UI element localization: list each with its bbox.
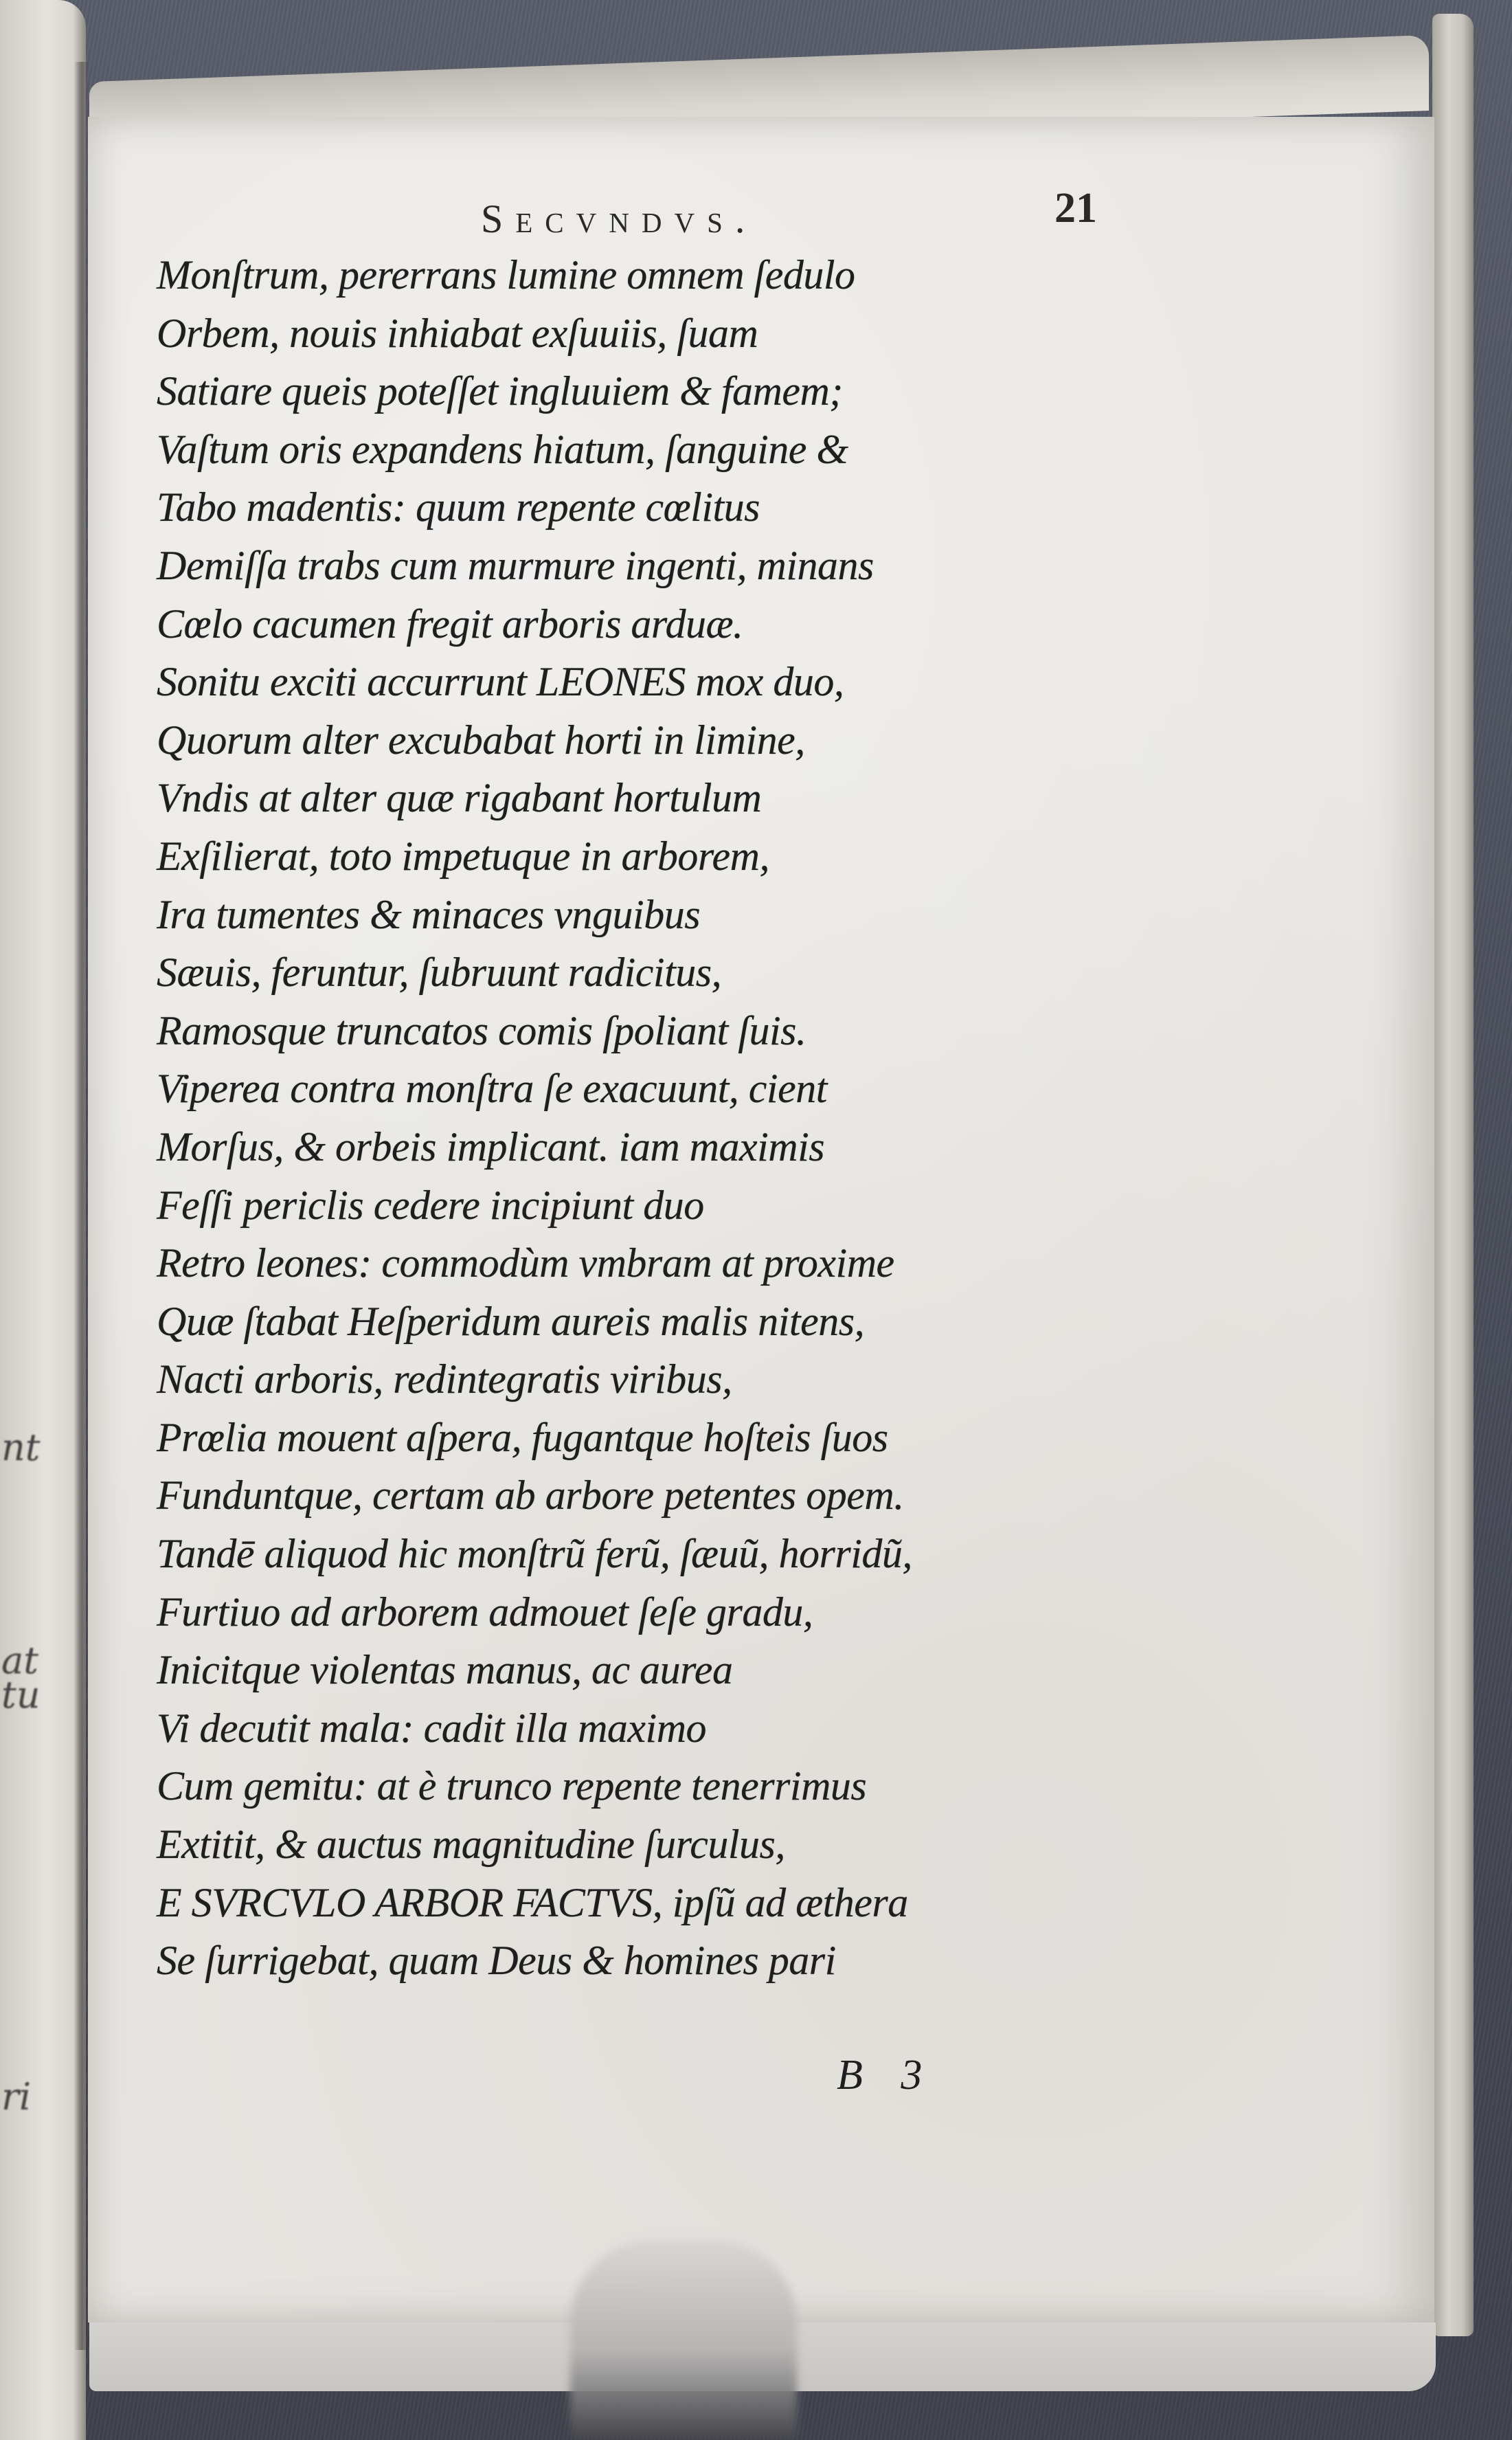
verse-line: Quorum alter excubabat horti in limine, xyxy=(157,711,1160,770)
verse-line: Orbem, nouis inhiabat exſuuiis, ſuam xyxy=(157,304,1160,363)
verse-line: Extitit, & auctus magnitudine ſurculus, xyxy=(157,1815,1160,1874)
verse-line: Vaſtum oris expandens hiatum, ſanguine & xyxy=(157,421,1160,479)
verse-line: Vndis at alter quæ rigabant hortulum xyxy=(157,769,1160,827)
verse-line: Retro leones: commodùm vmbram at proxime xyxy=(157,1234,1160,1292)
running-head: Secvndvs. xyxy=(481,196,757,242)
blurred-finger-region xyxy=(570,2240,797,2440)
verse-line: Vi decutit mala: cadit illa maximo xyxy=(157,1699,1160,1758)
verse-line: Se ſurrigebat, quam Deus & homines pari xyxy=(157,1932,1160,1990)
verse-line: Tandē aliquod hic monſtrũ ferũ, ſæuũ, ho… xyxy=(157,1525,1160,1583)
verse-line: Inicitque violentas manus, ac aurea xyxy=(157,1641,1160,1699)
verse-line: Tabo madentis: quum repente cœlitus xyxy=(157,478,1160,537)
verse-line: Ramosque truncatos comis ſpoliant ſuis. xyxy=(157,1002,1160,1060)
verse-line: Furtiuo ad arborem admouet ſeſe gradu, xyxy=(157,1583,1160,1642)
verse-line: Viperea contra monſtra ſe exacuunt, cien… xyxy=(157,1060,1160,1118)
verse-line: Demiſſa trabs cum murmure ingenti, minan… xyxy=(157,537,1160,595)
page-number: 21 xyxy=(1054,184,1097,233)
verse-line: Nacti arboris, redintegratis viribus, xyxy=(157,1350,1160,1409)
verse-line: Morſus, & orbeis implicant. iam maximis xyxy=(157,1118,1160,1176)
verse-line: E SVRCVLO ARBOR FACTVS, ipſũ ad æthera xyxy=(157,1874,1160,1932)
signature-mark: B 3 xyxy=(837,2051,922,2100)
verse-line: Satiare queis poteſſet ingluuiem & famem… xyxy=(157,362,1160,421)
facing-left-page: nt at tu ri xyxy=(0,0,86,2440)
verse-line: Prœlia mouent aſpera, fugantque hoſteis … xyxy=(157,1409,1160,1467)
verse-line: Sæuis, feruntur, ſubruunt radicitus, xyxy=(157,943,1160,1002)
verse-line: Feſſi periclis cedere incipiunt duo xyxy=(157,1176,1160,1235)
verse-line: Quæ ſtabat Heſperidum aureis malis niten… xyxy=(157,1292,1160,1351)
verse-line: Monſtrum, pererrans lumine omnem ſedulo xyxy=(157,246,1160,304)
verse-line: Funduntque, certam ab arbore petentes op… xyxy=(157,1466,1160,1525)
left-page-fragment: nt xyxy=(1,1426,40,1469)
verse-line: Sonitu exciti accurrunt LEONES mox duo, xyxy=(157,653,1160,711)
left-page-fragment: tu xyxy=(1,1673,40,1716)
verse-text: Monſtrum, pererrans lumine omnem ſedulo … xyxy=(157,246,1160,1990)
verse-line: Exſilierat, toto impetuque in arborem, xyxy=(157,827,1160,886)
verse-line: Ira tumentes & minaces vnguibus xyxy=(157,886,1160,944)
book-gutter xyxy=(74,62,89,2350)
verse-line: Cum gemitu: at è trunco repente tenerrim… xyxy=(157,1757,1160,1815)
left-page-fragment: ri xyxy=(1,2075,31,2118)
verse-line: Cœlo cacumen fregit arboris arduæ. xyxy=(157,595,1160,653)
cover-right-edge xyxy=(1432,14,1474,2336)
